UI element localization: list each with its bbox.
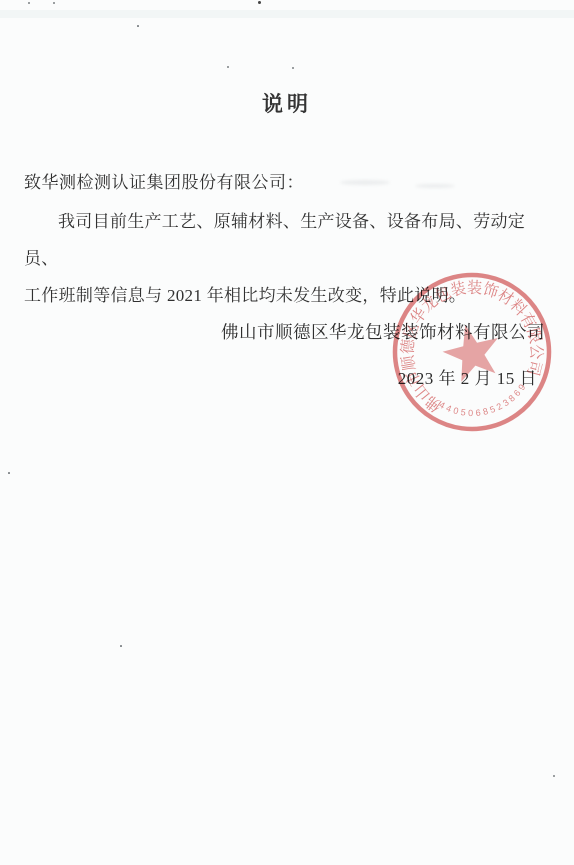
- salutation-line: 致华测检测认证集团股份有限公司：: [24, 173, 304, 193]
- document-page: 说明 致华测检测认证集团股份有限公司： 我司目前生产工艺、原辅材料、生产设备、设…: [0, 0, 574, 865]
- scan-speck: [292, 67, 294, 69]
- scan-smudge: [415, 184, 455, 188]
- scan-speck: [28, 2, 30, 4]
- seal-serial-number: 4405068523869: [436, 378, 534, 427]
- scan-streak: [0, 10, 574, 18]
- scan-speck: [53, 2, 55, 4]
- document-title: 说明: [0, 88, 574, 118]
- scan-speck: [258, 1, 261, 4]
- scan-speck: [227, 66, 229, 68]
- company-seal-stamp: 佛山市顺德区华龙包装装饰材料有限公司 4405068523869: [386, 266, 558, 438]
- seal-serial-text: 4405068523869: [436, 378, 534, 427]
- scan-smudge: [340, 180, 390, 185]
- scan-speck: [553, 775, 555, 777]
- scan-speck: [8, 472, 10, 474]
- scan-speck: [137, 25, 139, 27]
- seal-star-icon: [438, 318, 506, 384]
- scan-speck: [120, 645, 122, 647]
